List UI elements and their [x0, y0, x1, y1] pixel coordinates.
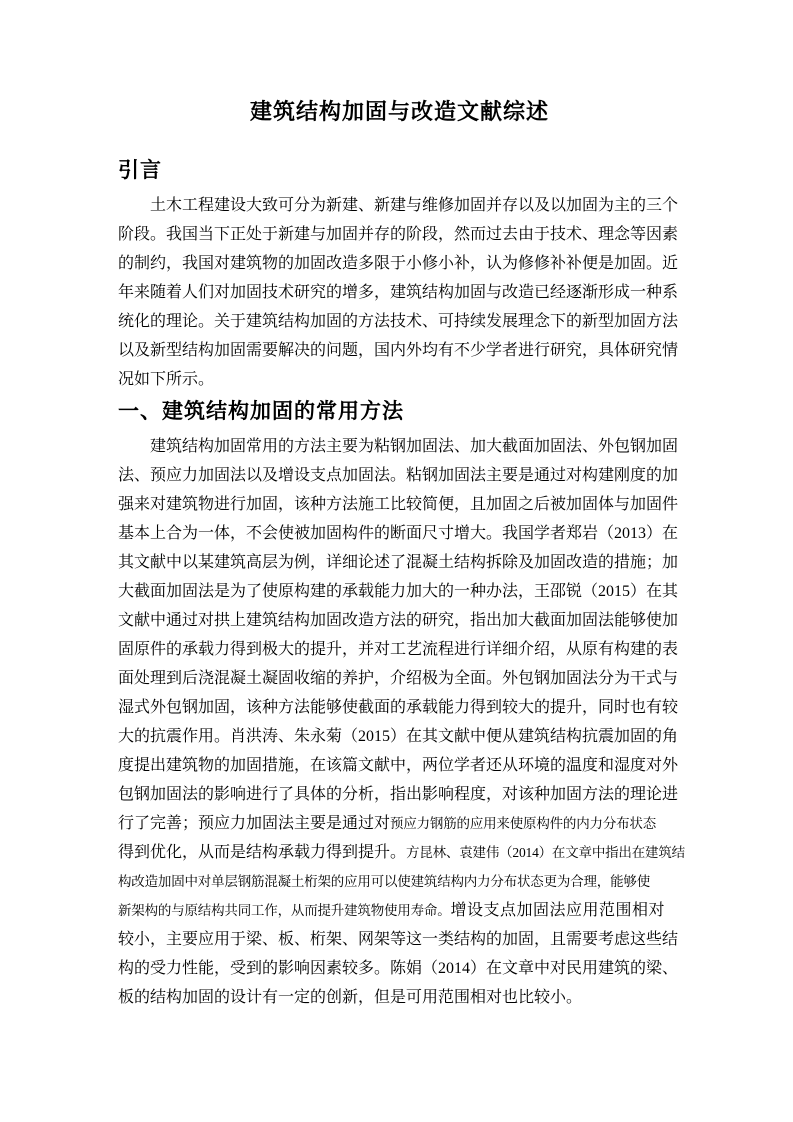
text-segment: 得到优化，从而是结构承载力得到提升。	[118, 844, 406, 861]
text-segment: 度提出建筑物的加固措施，在该篇文献中，两位学者还从环境的温度和湿度对外	[118, 757, 678, 774]
text-line: 其文献中以某建筑高层为例，详细论述了混凝土结构拆除及加固改造的措施；加	[118, 548, 681, 577]
text-segment: 较小，主要应用于梁、板、桁架、网架等这一类结构的加固，且需要考虑这些结	[118, 931, 678, 948]
text-line: 统化的理论。关于建筑结构加固的方法技术、可持续发展理念下的新型加固方法	[118, 307, 681, 336]
text-segment: 的制约，我国对建筑物的加固改造多限于小修小补，认为修修补补便是加固。近	[118, 255, 678, 272]
document-section-section-1: 一、建筑结构加固的常用方法建筑结构加固常用的方法主要为粘钢加固法、加大截面加固法…	[118, 398, 681, 1012]
text-segment: 强来对建筑物进行加固，该种方法施工比较简便，且加固之后被加固体与加固件	[118, 496, 678, 513]
text-line: 的制约，我国对建筑物的加固改造多限于小修小补，认为修修补补便是加固。近	[118, 249, 681, 278]
text-line: 固原件的承载力得到极大的提升，并对工艺流程进行详细介绍，从原有构建的表	[118, 635, 681, 664]
text-line: 阶段。我国当下正处于新建与加固并存的阶段，然而过去由于技术、理念等因素	[118, 220, 681, 249]
text-segment: 包钢加固法的影响进行了具体的分析，指出影响程度，对该种加固方法的理论进	[118, 786, 678, 803]
text-segment: 构改造加固中对单层钢筋混凝土桁架的应用可以使建筑结构内力分布状态更为合理，能够使	[118, 874, 650, 889]
text-segment: 新架构的与原结构共同工作，从而提升建筑物使用寿命。	[118, 903, 451, 918]
section-heading-section-1: 一、建筑结构加固的常用方法	[118, 398, 681, 426]
text-line: 建筑结构加固常用的方法主要为粘钢加固法、加大截面加固法、外包钢加固	[118, 432, 681, 461]
text-segment: 构的受力性能，受到的影响因素较多。陈娟（2014）在文章中对民用建筑的梁、	[118, 960, 678, 977]
text-line: 构改造加固中对单层钢筋混凝土桁架的应用可以使建筑结构内力分布状态更为合理，能够使	[118, 867, 681, 896]
text-segment: 况如下所示。	[118, 371, 214, 388]
text-segment: 以及新型结构加固需要解决的问题，国内外均有不少学者进行研究，具体研究情	[118, 342, 678, 359]
text-segment: 阶段。我国当下正处于新建与加固并存的阶段，然而过去由于技术、理念等因素	[118, 226, 678, 243]
text-segment: 土木工程建设大致可分为新建、新建与维修加固并存以及以加固为主的三个	[150, 197, 678, 214]
text-line: 板的结构加固的设计有一定的创新，但是可用范围相对也比较小。	[118, 983, 681, 1012]
document-page: 建筑结构加固与改造文献综述 引言土木工程建设大致可分为新建、新建与维修加固并存以…	[0, 0, 793, 1122]
document-section-intro: 引言土木工程建设大致可分为新建、新建与维修加固并存以及以加固为主的三个阶段。我国…	[118, 157, 681, 394]
text-line: 土木工程建设大致可分为新建、新建与维修加固并存以及以加固为主的三个	[118, 191, 681, 220]
text-line: 较小，主要应用于梁、板、桁架、网架等这一类结构的加固，且需要考虑这些结	[118, 925, 681, 954]
text-segment: 基本上合为一体，不会使被加固构件的断面尺寸增大。我国学者郑岩（2013）在	[118, 525, 678, 542]
document-body: 引言土木工程建设大致可分为新建、新建与维修加固并存以及以加固为主的三个阶段。我国…	[118, 157, 681, 1012]
text-line: 年来随着人们对加固技术研究的增多，建筑结构加固与改造已经逐渐形成一种系	[118, 278, 681, 307]
text-line: 度提出建筑物的加固措施，在该篇文献中，两位学者还从环境的温度和湿度对外	[118, 751, 681, 780]
text-line: 得到优化，从而是结构承载力得到提升。方昆林、袁建伟（2014）在文章中指出在建筑…	[118, 838, 681, 867]
text-line: 强来对建筑物进行加固，该种方法施工比较简便，且加固之后被加固体与加固件	[118, 490, 681, 519]
text-segment: 其文献中以某建筑高层为例，详细论述了混凝土结构拆除及加固改造的措施；加	[118, 554, 678, 571]
text-line: 大的抗震作用。肖洪涛、朱永菊（2015）在其文献中便从建筑结构抗震加固的角	[118, 722, 681, 751]
text-line: 况如下所示。	[118, 365, 681, 394]
text-segment: 板的结构加固的设计有一定的创新，但是可用范围相对也比较小。	[118, 989, 582, 1006]
text-line: 文献中通过对拱上建筑结构加固改造方法的研究，指出加大截面加固法能够使加	[118, 606, 681, 635]
text-segment: 统化的理论。关于建筑结构加固的方法技术、可持续发展理念下的新型加固方法	[118, 313, 678, 330]
text-line: 湿式外包钢加固，该种方法能够使截面的承载能力得到较大的提升，同时也有较	[118, 693, 681, 722]
text-segment: 方昆林、袁建伟（2014）在文章中指出在建筑结	[406, 845, 685, 860]
paragraph: 土木工程建设大致可分为新建、新建与维修加固并存以及以加固为主的三个阶段。我国当下…	[118, 191, 681, 394]
section-heading-intro: 引言	[118, 157, 681, 185]
text-segment: 建筑结构加固常用的方法主要为粘钢加固法、加大截面加固法、外包钢加固	[150, 438, 678, 455]
text-segment: 年来随着人们对加固技术研究的增多，建筑结构加固与改造已经逐渐形成一种系	[118, 284, 678, 301]
text-line: 面处理到后浇混凝土凝固收缩的养护，介绍极为全面。外包钢加固法分为干式与	[118, 664, 681, 693]
document-title: 建筑结构加固与改造文献综述	[118, 97, 681, 127]
text-segment: 大截面加固法是为了使原构建的承载能力加大的一种办法，王邵锐（2015）在其	[118, 583, 678, 600]
text-line: 行了完善；预应力加固法主要是通过对预应力钢筋的应用来使原构件的内力分布状态	[118, 809, 681, 838]
paragraph: 建筑结构加固常用的方法主要为粘钢加固法、加大截面加固法、外包钢加固法、预应力加固…	[118, 432, 681, 1012]
text-line: 构的受力性能，受到的影响因素较多。陈娟（2014）在文章中对民用建筑的梁、	[118, 954, 681, 983]
text-line: 包钢加固法的影响进行了具体的分析，指出影响程度，对该种加固方法的理论进	[118, 780, 681, 809]
text-segment: 预应力钢筋的应用来使原构件的内力分布状态	[390, 816, 656, 831]
text-segment: 固原件的承载力得到极大的提升，并对工艺流程进行详细介绍，从原有构建的表	[118, 641, 678, 658]
text-segment: 大的抗震作用。肖洪涛、朱永菊（2015）在其文献中便从建筑结构抗震加固的角	[118, 728, 678, 745]
text-segment: 法、预应力加固法以及增设支点加固法。粘钢加固法主要是通过对构建刚度的加	[118, 467, 678, 484]
text-segment: 面处理到后浇混凝土凝固收缩的养护，介绍极为全面。外包钢加固法分为干式与	[118, 670, 678, 687]
text-line: 法、预应力加固法以及增设支点加固法。粘钢加固法主要是通过对构建刚度的加	[118, 461, 681, 490]
text-line: 以及新型结构加固需要解决的问题，国内外均有不少学者进行研究，具体研究情	[118, 336, 681, 365]
text-segment: 行了完善；预应力加固法主要是通过对	[118, 815, 390, 832]
text-line: 基本上合为一体，不会使被加固构件的断面尺寸增大。我国学者郑岩（2013）在	[118, 519, 681, 548]
text-line: 大截面加固法是为了使原构建的承载能力加大的一种办法，王邵锐（2015）在其	[118, 577, 681, 606]
text-segment: 增设支点加固法应用范围相对	[451, 902, 666, 919]
text-line: 新架构的与原结构共同工作，从而提升建筑物使用寿命。增设支点加固法应用范围相对	[118, 896, 681, 925]
text-segment: 湿式外包钢加固，该种方法能够使截面的承载能力得到较大的提升，同时也有较	[118, 699, 678, 716]
text-segment: 文献中通过对拱上建筑结构加固改造方法的研究，指出加大截面加固法能够使加	[118, 612, 678, 629]
